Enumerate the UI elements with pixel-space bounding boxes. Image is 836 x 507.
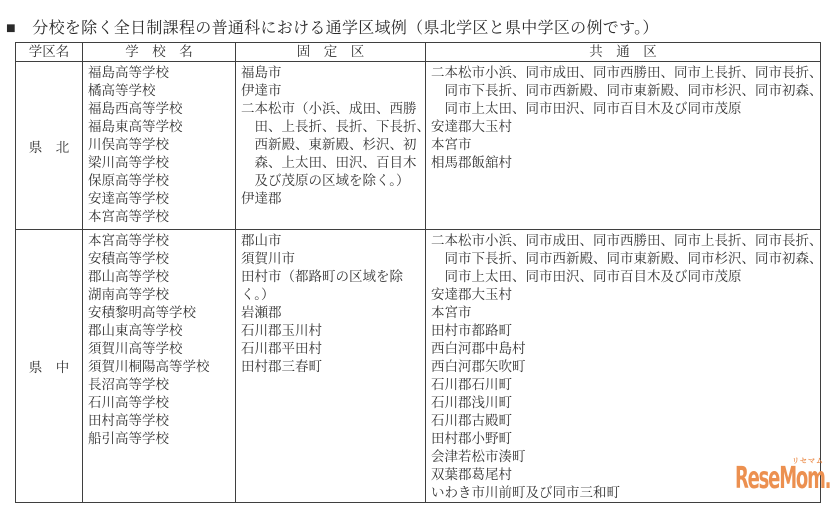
header-row: 学区名 学 校 名 固 定 区 共 通 区 [16,43,821,62]
column-header-school-name: 学 校 名 [83,43,236,62]
text-line: 安積黎明高等学校 [88,304,234,322]
text-line: 伊達郡 [241,190,424,208]
text-line: 田村高等学校 [88,412,234,430]
text-line: 同市下長折、同市西新殿、同市東新殿、同市杉沢、同市初森、 [431,82,819,100]
text-line: 田村郡三春町 [241,358,424,376]
table-row-kenpoku: 県 北 福島高等学校橘高等学校福島西高等学校福島東高等学校川俣高等学校梁川高等学… [16,62,821,230]
text-line: 田村市（都路町の区域を除 [241,268,424,286]
text-line: 二本松市（小浜、成田、西勝 [241,100,424,118]
text-line: 郡山市 [241,232,424,250]
text-line: 田村市都路町 [431,322,819,340]
text-line: 本宮市 [431,136,819,154]
text-line: 同市下長折、同市西新殿、同市東新殿、同市杉沢、同市初森、 [431,250,819,268]
text-line: 西白河郡矢吹町 [431,358,819,376]
table-row-kenchu: 県 中 本宮高等学校安積高等学校郡山高等学校湖南高等学校安積黎明高等学校郡山東高… [16,230,821,503]
common-zone-list-kenchu: 二本松市小浜、同市成田、同市西勝田、同市上長折、同市長折、 同市下長折、同市西新… [426,230,821,503]
page-title: ■ 分校を除く全日制課程の普通科における通学区域例（県北学区と県中学区の例です。… [6,15,659,38]
text-line: 福島西高等学校 [88,100,234,118]
district-name-kenpoku: 県 北 [16,62,83,230]
text-line: 郡山高等学校 [88,268,234,286]
text-line: 石川郡石川町 [431,376,819,394]
text-line: 二本松市小浜、同市成田、同市西勝田、同市上長折、同市長折、 [431,232,819,250]
text-line: 福島市 [241,64,424,82]
text-line: 福島高等学校 [88,64,234,82]
text-line: 梁川高等学校 [88,154,234,172]
text-line: 橘高等学校 [88,82,234,100]
school-list-kenpoku: 福島高等学校橘高等学校福島西高等学校福島東高等学校川俣高等学校梁川高等学校保原高… [83,62,236,230]
district-name-kenchu: 県 中 [16,230,83,503]
text-line: 西新殿、東新殿、杉沢、初 [241,136,424,154]
text-line: 保原高等学校 [88,172,234,190]
text-line: 船引高等学校 [88,430,234,448]
text-line: 安達高等学校 [88,190,234,208]
fixed-zone-list-kenpoku: 福島市伊達市二本松市（小浜、成田、西勝 田、上長折、長折、下長折、 西新殿、東新… [236,62,426,230]
resemom-logo-dot: . [825,461,831,496]
text-line: 本宮高等学校 [88,232,234,250]
column-header-common-zone: 共 通 区 [426,43,821,62]
text-line: 須賀川高等学校 [88,340,234,358]
text-line: 西白河郡中島村 [431,340,819,358]
text-line: 相馬郡飯舘村 [431,154,819,172]
text-line: 田村郡小野町 [431,430,819,448]
text-line: いわき市川前町及び同市三和町 [431,484,819,502]
text-line: 本宮市 [431,304,819,322]
text-line: 川俣高等学校 [88,136,234,154]
text-line: 須賀川市 [241,250,424,268]
text-line: 安達郡大玉村 [431,286,819,304]
text-line: 双葉郡葛尾村 [431,466,819,484]
text-line: 安積高等学校 [88,250,234,268]
text-line: 石川郡浅川町 [431,394,819,412]
text-line: 岩瀬郡 [241,304,424,322]
text-line: 湖南高等学校 [88,286,234,304]
text-line: 伊達市 [241,82,424,100]
text-line: 及び茂原の区域を除く。） [241,172,424,190]
text-line: 同市上太田、同市田沢、同市百目木及び同市茂原 [431,100,819,118]
document-page: ■ 分校を除く全日制課程の普通科における通学区域例（県北学区と県中学区の例です。… [0,0,836,507]
text-line: 石川高等学校 [88,394,234,412]
text-line: 田、上長折、長折、下長折、 [241,118,424,136]
column-header-district: 学区名 [16,43,83,62]
text-line: 石川郡平田村 [241,340,424,358]
fixed-zone-list-kenchu: 郡山市須賀川市田村市（都路町の区域を除く。）岩瀬郡石川郡玉川村石川郡平田村田村郡… [236,230,426,503]
column-header-fixed-zone: 固 定 区 [236,43,426,62]
text-line: 石川郡玉川村 [241,322,424,340]
text-line: 安達郡大玉村 [431,118,819,136]
school-list-kenchu: 本宮高等学校安積高等学校郡山高等学校湖南高等学校安積黎明高等学校郡山東高等学校須… [83,230,236,503]
text-line: く。） [241,286,424,304]
text-line: 須賀川桐陽高等学校 [88,358,234,376]
text-line: 長沼高等学校 [88,376,234,394]
commute-zone-table: 学区名 学 校 名 固 定 区 共 通 区 県 北 福島高等学校橘高等学校福島西… [15,42,821,503]
text-line: 郡山東高等学校 [88,322,234,340]
text-line: 本宮高等学校 [88,208,234,226]
text-line: 石川郡古殿町 [431,412,819,430]
common-zone-list-kenpoku: 二本松市小浜、同市成田、同市西勝田、同市上長折、同市長折、 同市下長折、同市西新… [426,62,821,230]
text-line: 会津若松市湊町 [431,448,819,466]
text-line: 福島東高等学校 [88,118,234,136]
text-line: 同市上太田、同市田沢、同市百目木及び同市茂原 [431,268,819,286]
text-line: 二本松市小浜、同市成田、同市西勝田、同市上長折、同市長折、 [431,64,819,82]
text-line: 森、上太田、田沢、百目木 [241,154,424,172]
